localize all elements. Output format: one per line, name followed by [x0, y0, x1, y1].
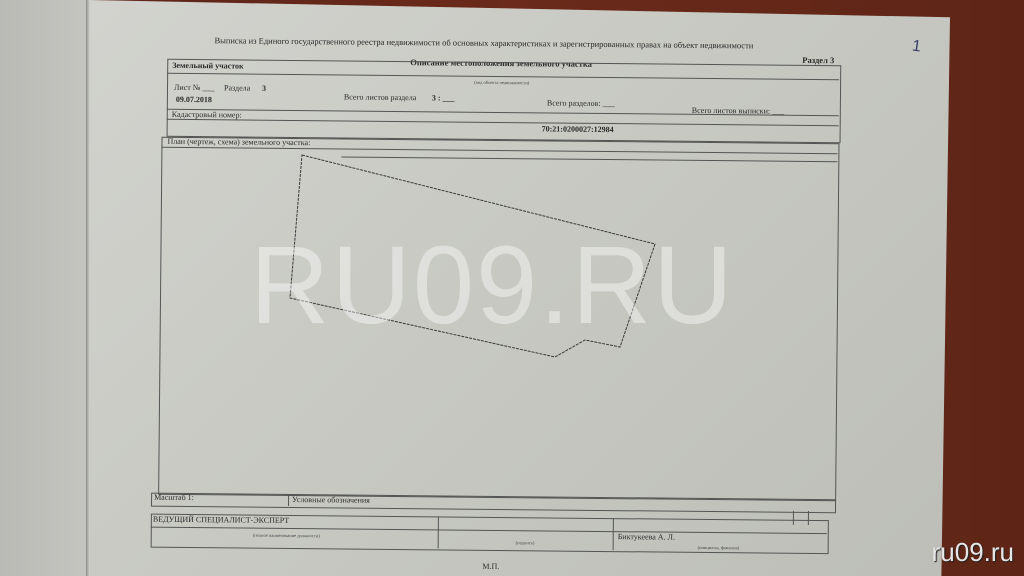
watermark-center: RU09.RU: [250, 222, 735, 349]
watermark-corner: ru09.ru: [932, 537, 1014, 568]
